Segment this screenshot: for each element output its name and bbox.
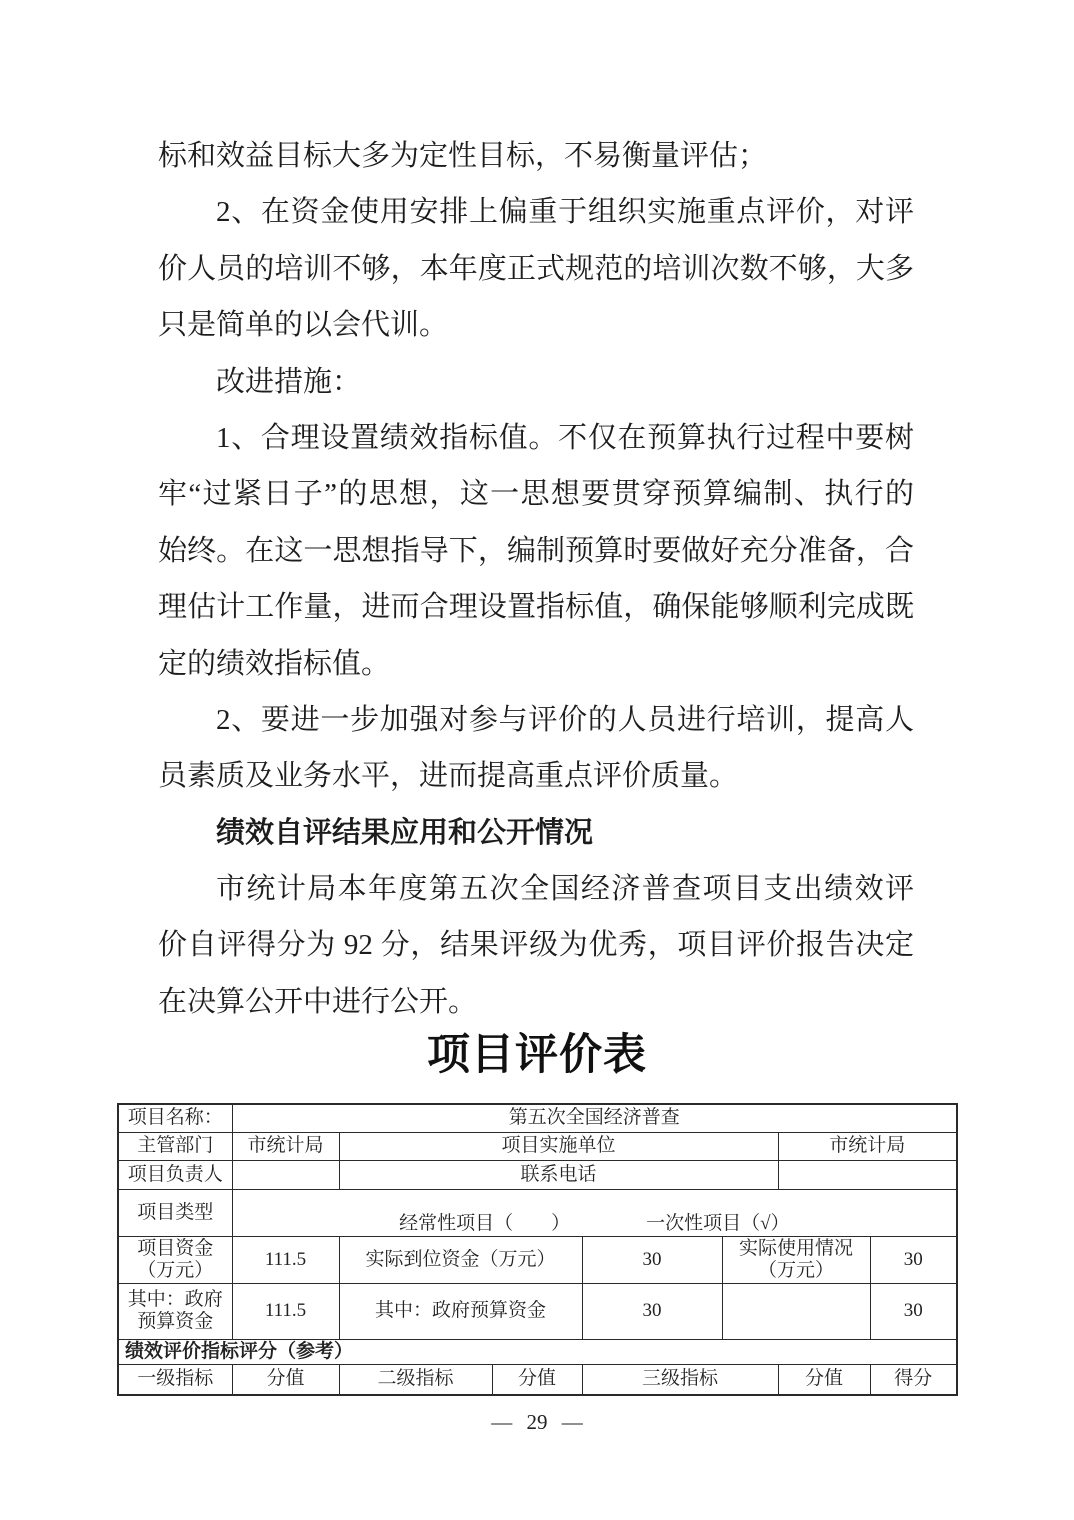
project-type-options: 经常性项目（ ）一次性项目（√） — [232, 1189, 957, 1236]
project-leader-label: 项目负责人 — [118, 1160, 232, 1189]
table-row-project-funds: 项目资金 （万元） 111.5 实际到位资金（万元） 30 实际使用情况 （万元… — [118, 1236, 957, 1283]
funds-received-label: 实际到位资金（万元） — [339, 1236, 582, 1283]
contact-phone-label: 联系电话 — [339, 1160, 778, 1189]
recurring-project-option: 经常性项目（ ） — [399, 1213, 570, 1234]
section-heading: 绩效自评结果应用和公开情况 — [158, 805, 914, 861]
body-line: 始终。在这一思想指导下，编制预算时要做好充分准备，合 — [158, 523, 914, 579]
report-title: 项目评价表 — [0, 1024, 1074, 1088]
body-line: 改进措施： — [158, 354, 914, 410]
body-text: 标和效益目标大多为定性目标，不易衡量评估； 2、在资金使用安排上偏重于组织实施重… — [158, 128, 914, 1030]
body-line: 1、合理设置绩效指标值。不仅在预算执行过程中要树 — [158, 410, 914, 466]
contact-phone-value — [778, 1160, 957, 1189]
level1-indicator-header: 一级指标 — [118, 1364, 232, 1395]
body-line: 牢“过紧日子”的思想，这一思想要贯穿预算编制、执行的 — [158, 466, 914, 522]
department-label: 主管部门 — [118, 1132, 232, 1160]
score-section-heading: 绩效评价指标评分（参考） — [118, 1339, 957, 1364]
table-row-score-section: 绩效评价指标评分（参考） — [118, 1339, 957, 1364]
body-line: 在决算公开中进行公开。 — [158, 974, 914, 1030]
funds-used-label: 实际使用情况 （万元） — [722, 1236, 870, 1283]
body-line: 价自评得分为 92 分，结果评级为优秀，项目评价报告决定 — [158, 917, 914, 973]
body-line: 定的绩效指标值。 — [158, 636, 914, 692]
project-funds-label: 项目资金 （万元） — [118, 1236, 232, 1283]
project-evaluation-table: 项目名称： 第五次全国经济普查 主管部门 市统计局 项目实施单位 市统计局 项目… — [117, 1103, 958, 1396]
implementing-unit-label: 项目实施单位 — [339, 1132, 778, 1160]
score-header-3: 分值 — [778, 1364, 870, 1395]
funds-received-value: 30 — [582, 1236, 722, 1283]
level2-indicator-header: 二级指标 — [339, 1364, 492, 1395]
table-row-leader: 项目负责人 联系电话 — [118, 1160, 957, 1189]
obtained-score-header: 得分 — [870, 1364, 957, 1395]
gov-budget-received-label: 其中：政府预算资金 — [339, 1283, 582, 1339]
gov-budget-value: 111.5 — [232, 1283, 339, 1339]
project-leader-value — [232, 1160, 339, 1189]
project-type-label: 项目类型 — [118, 1189, 232, 1236]
score-header-2: 分值 — [492, 1364, 582, 1395]
gov-budget-used-label — [722, 1283, 870, 1339]
body-line: 理估计工作量，进而合理设置指标值，确保能够顺利完成既 — [158, 579, 914, 635]
project-name-value: 第五次全国经济普查 — [232, 1104, 957, 1132]
document-page: 标和效益目标大多为定性目标，不易衡量评估； 2、在资金使用安排上偏重于组织实施重… — [0, 0, 1074, 1520]
body-line: 价人员的培训不够，本年度正式规范的培训次数不够，大多 — [158, 241, 914, 297]
table-row-project-type: 项目类型 经常性项目（ ）一次性项目（√） — [118, 1189, 957, 1236]
table-row-gov-budget-funds: 其中：政府 预算资金 111.5 其中：政府预算资金 30 30 — [118, 1283, 957, 1339]
project-funds-value: 111.5 — [232, 1236, 339, 1283]
table-row-indicator-headers: 一级指标 分值 二级指标 分值 三级指标 分值 得分 — [118, 1364, 957, 1395]
table-row-project-name: 项目名称： 第五次全国经济普查 — [118, 1104, 957, 1132]
body-line: 2、要进一步加强对参与评价的人员进行培训，提高人 — [158, 692, 914, 748]
implementing-unit-value: 市统计局 — [778, 1132, 957, 1160]
gov-budget-label: 其中：政府 预算资金 — [118, 1283, 232, 1339]
department-value: 市统计局 — [232, 1132, 339, 1160]
project-name-label: 项目名称： — [118, 1104, 232, 1132]
table-row-department: 主管部门 市统计局 项目实施单位 市统计局 — [118, 1132, 957, 1160]
funds-used-value: 30 — [870, 1236, 957, 1283]
page-number: — 29 — — [0, 1408, 1074, 1436]
level3-indicator-header: 三级指标 — [582, 1364, 778, 1395]
body-line: 标和效益目标大多为定性目标，不易衡量评估； — [158, 128, 914, 184]
body-line: 2、在资金使用安排上偏重于组织实施重点评价，对评 — [158, 184, 914, 240]
one-time-project-option: 一次性项目（√） — [646, 1213, 789, 1234]
body-line: 只是简单的以会代训。 — [158, 297, 914, 353]
score-header-1: 分值 — [232, 1364, 339, 1395]
body-line: 员素质及业务水平，进而提高重点评价质量。 — [158, 748, 914, 804]
body-line: 市统计局本年度第五次全国经济普查项目支出绩效评 — [158, 861, 914, 917]
gov-budget-received-value: 30 — [582, 1283, 722, 1339]
gov-budget-used-value: 30 — [870, 1283, 957, 1339]
